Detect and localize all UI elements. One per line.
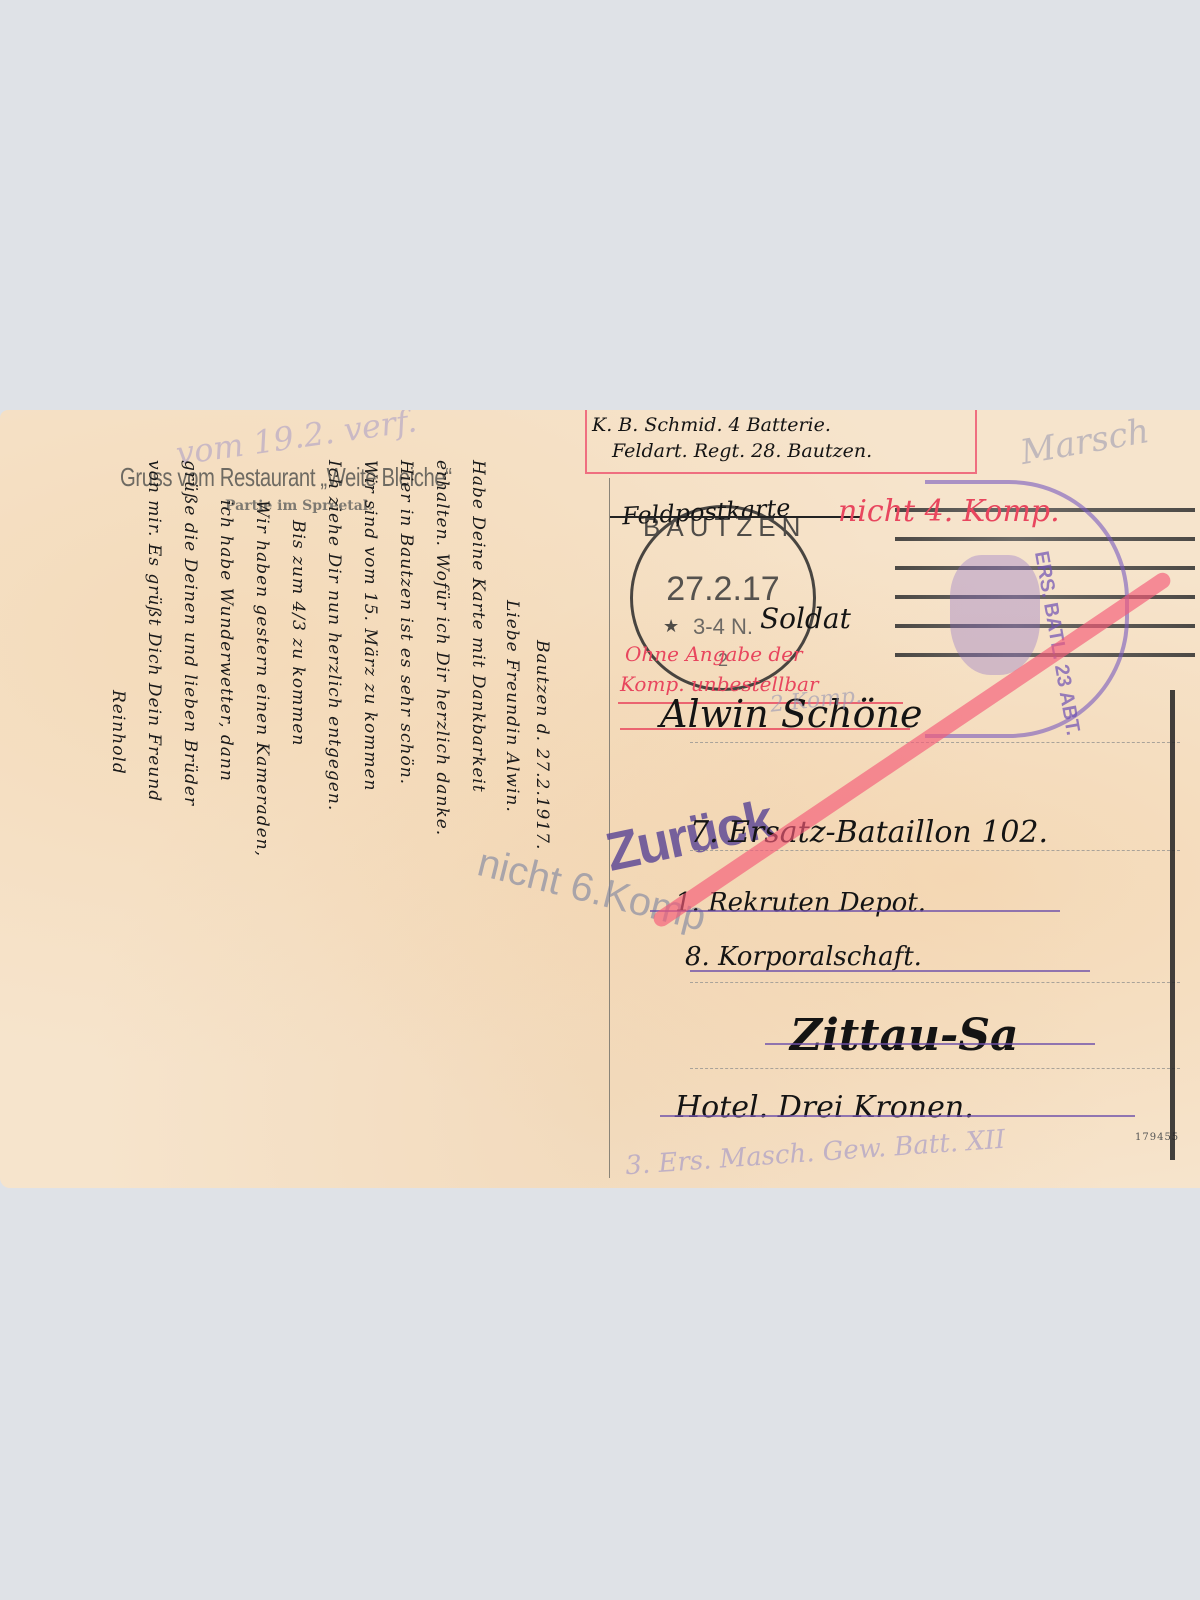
violet-strike — [765, 1043, 1095, 1045]
letter-line: Wir haben gestern einen Kameraden, — [252, 500, 272, 857]
letter-salutation: Liebe Freundin Alwin. — [502, 600, 522, 813]
postcard: vom 19.2. verf. Gruss vom Restaurant „We… — [0, 410, 1200, 1188]
pencil-note-bottom: 3. Ers. Masch. Gew. Batt. XII — [624, 1125, 1006, 1181]
hotel-line: Hotel. Drei Kronen. — [675, 1090, 974, 1125]
address-line — [690, 1068, 1180, 1069]
right-edge-mark — [1170, 690, 1175, 1160]
letter-line: Wir sind vom 15. März zu kommen — [360, 460, 380, 791]
strike-line — [610, 516, 860, 518]
letter-line: Ich ziehe Dir nun herzlich entgegen. — [324, 460, 344, 811]
sender-line-2: Feldart. Regt. 28. Bautzen. — [612, 440, 872, 462]
letter-line: ich habe Wunderwetter, dann — [216, 500, 236, 782]
sender-line-1: K. B. Schmid. 4 Batterie. — [592, 414, 831, 436]
handwritten-letter: Bautzen d. 27.2.1917. Liebe Freundin Alw… — [70, 440, 600, 1180]
letter-line: Habe Deine Karte mit Dankbarkeit — [468, 460, 488, 793]
city-line: Zittau-Sa — [790, 1010, 1019, 1061]
pencil-note-right: Marsch — [1018, 411, 1153, 473]
unit-line: 7. Ersatz-Bataillon 102. — [690, 815, 1048, 850]
letter-line: Bis zum 4/3 zu kommen — [288, 520, 308, 746]
letter-date-line: Bautzen d. 27.2.1917. — [532, 640, 552, 850]
letter-line: von mir. Es grüßt Dich Dein Freund — [144, 460, 164, 802]
letter-line: erhalten. Wofür ich Dir herzlich danke. — [432, 460, 452, 836]
red-note-1: Ohne Angabe der — [625, 642, 803, 666]
letter-line: Hier in Bautzen ist es sehr schön. — [396, 460, 416, 785]
violet-strike — [660, 1115, 1135, 1117]
red-strike-name — [620, 728, 910, 730]
violet-strike — [690, 970, 1090, 972]
violet-strike — [650, 910, 1060, 912]
address-line — [690, 982, 1180, 983]
letter-signature: Reinhold — [108, 690, 128, 775]
recipient-title: Soldat — [760, 602, 851, 635]
company-line: 8. Korporalschaft. — [685, 942, 922, 972]
letter-line: grüße die Deinen und lieben Brüder — [180, 460, 200, 806]
red-note-top: nicht 4. Komp. — [838, 494, 1060, 529]
